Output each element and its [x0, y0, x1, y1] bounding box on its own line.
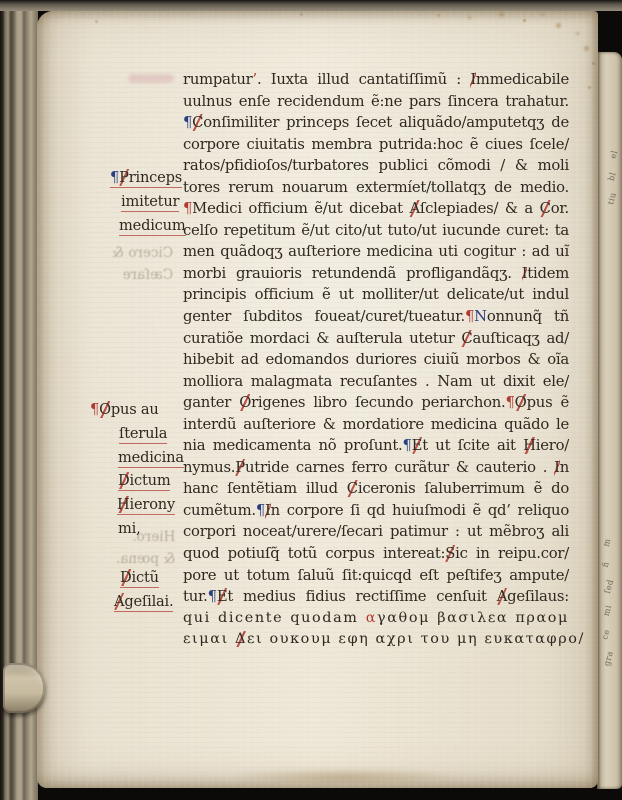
text-segment: H: [117, 496, 130, 513]
margin-note-text: imitetur: [121, 194, 179, 212]
margin-note-line: medicum: [119, 214, 186, 238]
margin-note-line: medicina: [118, 446, 184, 470]
margin-note-line: imitetur: [121, 190, 186, 214]
margin-note-text: medicum: [119, 218, 186, 236]
margin-note-line: ¶Opus au: [90, 398, 184, 422]
margin-note: DictũAgeſilai.: [112, 566, 173, 614]
text-segment: A: [114, 593, 124, 610]
margin-note-text: ſterula: [119, 426, 167, 444]
text-segment: medicina: [118, 449, 184, 466]
text-segment: ¶: [90, 401, 99, 418]
text-segment: P: [119, 169, 129, 186]
marginalia-layer: ¶Princepsimiteturmedicum¶Opus auſterulam…: [0, 0, 622, 800]
text-segment: medicum: [119, 217, 186, 234]
margin-note-line: ſterula: [119, 422, 184, 446]
showthrough-text: Hiero.& pœna.: [116, 527, 175, 570]
text-segment: rinceps: [129, 169, 182, 186]
margin-note-text: ¶Princeps: [110, 170, 182, 188]
text-segment: ictum: [130, 472, 171, 489]
text-segment: geſilai.: [124, 593, 173, 610]
margin-note-text: medicina: [118, 450, 184, 468]
margin-note-text: Ageſilai.: [114, 594, 173, 612]
showthrough-line: Cæſare: [112, 265, 173, 287]
margin-note-line: Dictum: [118, 469, 184, 493]
showthrough-line: & pœna.: [116, 549, 175, 571]
screenshot-root: { "colors":{"ink":"#2f2820","rubric_red"…: [0, 0, 622, 800]
text-segment: pus au: [111, 401, 159, 418]
margin-note-line: ¶Princeps: [110, 166, 186, 190]
margin-note-text: ¶Opus au: [90, 402, 159, 419]
showthrough-line: Cicero &: [112, 243, 173, 265]
text-segment: O: [99, 401, 111, 418]
text-segment: D: [118, 472, 130, 489]
text-segment: ierony: [130, 496, 176, 513]
margin-note: ¶Princepsimiteturmedicum: [110, 166, 186, 237]
text-segment: ¶: [110, 169, 119, 186]
text-segment: ſterula: [119, 425, 167, 442]
text-segment: D: [120, 569, 132, 586]
book-photo-scene: elbltiumñſedmicegra rumpatur’. Iuxta ill…: [0, 0, 622, 800]
margin-note-line: Ageſilai.: [114, 590, 173, 614]
showthrough-text: Cicero &Cæſare: [112, 243, 173, 286]
margin-note-text: Dictũ: [120, 570, 159, 588]
showthrough-line: Hiero.: [116, 527, 175, 549]
margin-note-text: Dictum: [118, 473, 170, 491]
margin-note-text: Hierony: [117, 497, 175, 515]
text-segment: imitetur: [121, 193, 179, 210]
margin-note-line: Hierony: [117, 493, 184, 517]
margin-note: ¶Opus auſterulamedicinaDictumHieronymi,: [90, 398, 184, 541]
text-segment: ictũ: [132, 569, 159, 586]
